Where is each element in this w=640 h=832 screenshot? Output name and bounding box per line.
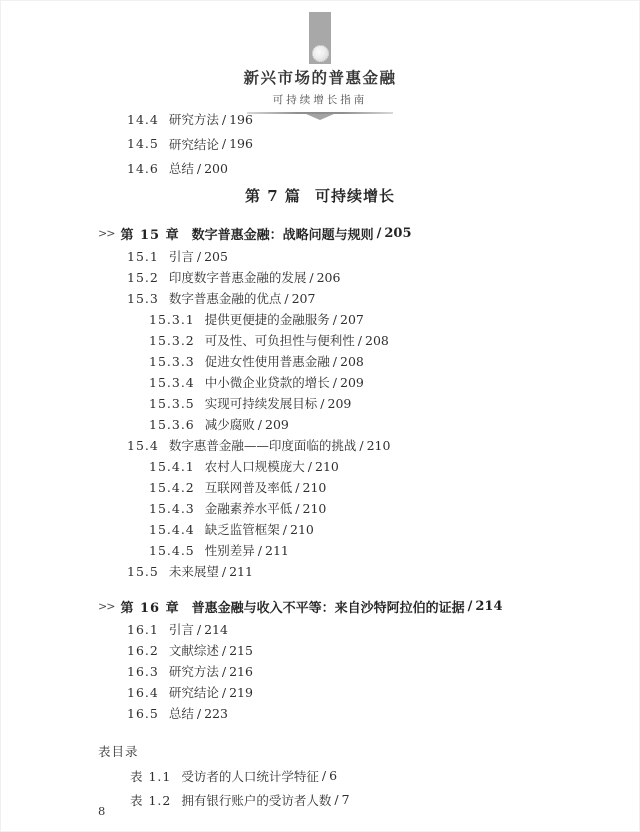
- entry-title: 总结: [169, 704, 194, 722]
- entry-title: 拥有银行账户的受访者人数: [181, 791, 331, 809]
- toc-entry: 15.1 引言 / 205: [1, 246, 639, 267]
- entry-page: 209: [265, 417, 289, 432]
- entry-separator: /: [222, 685, 226, 700]
- publisher-seal-icon: [312, 45, 329, 62]
- entry-page: 200: [204, 161, 228, 176]
- entry-page: 207: [292, 291, 316, 306]
- entry-title: 数字惠普金融——印度面临的挑战: [169, 436, 357, 454]
- entry-separator: /: [320, 396, 324, 411]
- entry-separator: /: [358, 333, 362, 348]
- book-title: 新兴市场的普惠金融: [1, 66, 639, 88]
- page-number: 8: [98, 804, 105, 818]
- entry-separator: /: [333, 354, 337, 369]
- table-of-contents: 14.4 研究方法 / 196 14.5 研究结论 / 196 14.6 总结 …: [1, 107, 639, 810]
- entry-page: 223: [204, 706, 228, 721]
- toc-chapter-entry: >> 第 16 章 普惠金融与收入不平等：来自沙特阿拉伯的证据 / 214: [1, 595, 639, 619]
- toc-entry: 15.3.1 提供更便捷的金融服务 / 207: [1, 309, 639, 330]
- entry-separator: /: [197, 249, 201, 264]
- toc-entry: 15.3 数字普惠金融的优点 / 207: [1, 288, 639, 309]
- entry-number: 16.1: [127, 622, 159, 637]
- table-list-item: 表 1.1 受访者的人口统计学特征 / 6: [1, 766, 639, 786]
- bookmark-ribbon-icon: [309, 12, 331, 64]
- entry-page: 210: [303, 501, 327, 516]
- entry-separator: /: [359, 438, 363, 453]
- entry-title: 未来展望: [169, 562, 219, 580]
- entry-title: 引言: [169, 620, 194, 638]
- toc-entry: 16.1 引言 / 214: [1, 619, 639, 640]
- entry-page: 215: [229, 643, 253, 658]
- toc-entry: 15.3.3 促进女性使用普惠金融 / 208: [1, 351, 639, 372]
- entry-number: 15.4: [127, 438, 159, 453]
- part-heading: 第 7 篇可持续增长: [1, 185, 639, 209]
- entry-page: 214: [475, 599, 502, 614]
- entry-page: 210: [315, 459, 339, 474]
- entry-page: 206: [317, 270, 341, 285]
- entry-title: 印度数字普惠金融的发展: [169, 268, 307, 286]
- toc-entry: 15.2 印度数字普惠金融的发展 / 206: [1, 267, 639, 288]
- book-subtitle: 可持续增长指南: [1, 92, 639, 107]
- entry-number: 15.3.3: [149, 354, 195, 369]
- entry-page: 196: [229, 136, 253, 151]
- entry-number: 15.4.4: [149, 522, 195, 537]
- entry-title: 互联网普及率低: [205, 478, 293, 496]
- toc-chapter-entry: >> 第 15 章 数字普惠金融：战略问题与规则 / 205: [1, 222, 639, 246]
- entry-title: 文献综述: [169, 641, 219, 659]
- entry-separator: /: [222, 643, 226, 658]
- toc-entry: 16.5 总结 / 223: [1, 703, 639, 724]
- entry-separator: /: [284, 291, 288, 306]
- entry-title: 研究结论: [169, 683, 219, 701]
- toc-entry: 16.2 文献综述 / 215: [1, 640, 639, 661]
- entry-page: 210: [290, 522, 314, 537]
- entry-title: 性别差异: [205, 541, 255, 559]
- entry-number: 16.4: [127, 685, 159, 700]
- entry-page: 205: [384, 226, 411, 241]
- toc-entry: 15.5 未来展望 / 211: [1, 561, 639, 582]
- toc-entry: 15.4.5 性别差异 / 211: [1, 540, 639, 561]
- entry-page: 210: [303, 480, 327, 495]
- entry-title: 研究结论: [169, 135, 219, 153]
- entry-page: 6: [329, 768, 337, 783]
- part-number: 第 7 篇: [245, 187, 301, 205]
- entry-title: 农村人口规模庞大: [205, 457, 305, 475]
- tables-list-heading: 表目录: [1, 740, 639, 762]
- entry-separator: /: [197, 161, 201, 176]
- entry-separator: /: [333, 375, 337, 390]
- toc-entry: 15.4.1 农村人口规模庞大 / 210: [1, 456, 639, 477]
- entry-separator: /: [222, 136, 226, 151]
- entry-page: 196: [229, 112, 253, 127]
- entry-separator: /: [295, 501, 299, 516]
- entry-number: 14.5: [127, 136, 159, 151]
- entry-separator: /: [222, 112, 226, 127]
- entry-number: 15.2: [127, 270, 159, 285]
- entry-page: 207: [340, 312, 364, 327]
- toc-entry: 16.3 研究方法 / 216: [1, 661, 639, 682]
- entry-separator: /: [197, 622, 201, 637]
- entry-separator: /: [309, 270, 313, 285]
- toc-entry: 15.4 数字惠普金融——印度面临的挑战 / 210: [1, 435, 639, 456]
- toc-entry: 14.6 总结 / 200: [1, 156, 639, 181]
- entry-separator: /: [283, 522, 287, 537]
- chevron-marker-icon: >>: [98, 227, 114, 240]
- entry-separator: /: [258, 417, 262, 432]
- entry-page: 7: [342, 792, 350, 807]
- entry-number: 15.3: [127, 291, 159, 306]
- entry-title: 促进女性使用普惠金融: [205, 352, 330, 370]
- entry-title: 缺乏监管框架: [205, 520, 280, 538]
- chapter-title: 普惠金融与收入不平等：来自沙特阿拉伯的证据: [192, 597, 465, 616]
- entry-number: 15.4.5: [149, 543, 195, 558]
- chapter-number: 第 16 章: [120, 597, 179, 616]
- entry-number: 14.6: [127, 161, 159, 176]
- entry-number: 15.4.3: [149, 501, 195, 516]
- entry-title: 数字普惠金融的优点: [169, 289, 282, 307]
- entry-number: 15.3.6: [149, 417, 195, 432]
- entry-number: 表 1.2: [130, 791, 171, 809]
- toc-entry: 15.3.5 实现可持续发展目标 / 209: [1, 393, 639, 414]
- entry-title: 中小微企业贷款的增长: [205, 373, 330, 391]
- entry-separator: /: [222, 664, 226, 679]
- book-page: 新兴市场的普惠金融 可持续增长指南 14.4 研究方法 / 196 14.5 研…: [0, 0, 640, 832]
- entry-number: 16.5: [127, 706, 159, 721]
- entry-separator: /: [334, 792, 338, 807]
- entry-title: 总结: [169, 159, 194, 177]
- entry-title: 受访者的人口统计学特征: [181, 767, 319, 785]
- part-title: 可持续增长: [315, 187, 395, 205]
- entry-separator: /: [333, 312, 337, 327]
- entry-page: 209: [328, 396, 352, 411]
- page-header: 新兴市场的普惠金融 可持续增长指南: [1, 1, 639, 114]
- entry-number: 16.2: [127, 643, 159, 658]
- entry-separator: /: [222, 564, 226, 579]
- entry-number: 15.3.2: [149, 333, 195, 348]
- entry-page: 210: [367, 438, 391, 453]
- entry-separator: /: [197, 706, 201, 721]
- entry-number: 15.3.4: [149, 375, 195, 390]
- toc-entry: 15.3.2 可及性、可负担性与便利性 / 208: [1, 330, 639, 351]
- entry-separator: /: [308, 459, 312, 474]
- entry-page: 214: [204, 622, 228, 637]
- entry-number: 15.4.2: [149, 480, 195, 495]
- table-list-item: 表 1.2 拥有银行账户的受访者人数 / 7: [1, 790, 639, 810]
- toc-entry: 15.4.3 金融素养水平低 / 210: [1, 498, 639, 519]
- entry-number: 15.4.1: [149, 459, 195, 474]
- entry-title: 金融素养水平低: [205, 499, 293, 517]
- entry-page: 216: [229, 664, 253, 679]
- entry-separator: /: [322, 768, 326, 783]
- entry-number: 表 1.1: [130, 767, 171, 785]
- entry-page: 219: [229, 685, 253, 700]
- entry-separator: /: [295, 480, 299, 495]
- entry-number: 15.3.5: [149, 396, 195, 411]
- entry-separator: /: [468, 599, 473, 614]
- entry-title: 引言: [169, 247, 194, 265]
- entry-title: 减少腐败: [205, 415, 255, 433]
- toc-entry: 15.4.4 缺乏监管框架 / 210: [1, 519, 639, 540]
- entry-page: 208: [340, 354, 364, 369]
- entry-title: 实现可持续发展目标: [205, 394, 318, 412]
- entry-number: 16.3: [127, 664, 159, 679]
- entry-page: 209: [340, 375, 364, 390]
- entry-page: 211: [229, 564, 253, 579]
- entry-title: 研究方法: [169, 110, 219, 128]
- toc-entry: 15.3.6 减少腐败 / 209: [1, 414, 639, 435]
- toc-entry: 15.4.2 互联网普及率低 / 210: [1, 477, 639, 498]
- entry-page: 208: [365, 333, 389, 348]
- entry-number: 15.1: [127, 249, 159, 264]
- chevron-marker-icon: >>: [98, 600, 114, 613]
- entry-separator: /: [258, 543, 262, 558]
- tables-heading-label: 表目录: [98, 742, 139, 760]
- chapter-title: 数字普惠金融：战略问题与规则: [192, 224, 374, 243]
- entry-number: 14.4: [127, 112, 159, 127]
- toc-entry: 14.5 研究结论 / 196: [1, 132, 639, 157]
- entry-number: 15.3.1: [149, 312, 195, 327]
- entry-page: 211: [265, 543, 289, 558]
- chapter-number: 第 15 章: [120, 224, 179, 243]
- entry-title: 提供更便捷的金融服务: [205, 310, 330, 328]
- toc-entry: 16.4 研究结论 / 219: [1, 682, 639, 703]
- entry-page: 205: [204, 249, 228, 264]
- toc-entry: 15.3.4 中小微企业贷款的增长 / 209: [1, 372, 639, 393]
- entry-title: 可及性、可负担性与便利性: [205, 331, 355, 349]
- toc-entry: 14.4 研究方法 / 196: [1, 107, 639, 132]
- entry-number: 15.5: [127, 564, 159, 579]
- entry-separator: /: [377, 226, 382, 241]
- entry-title: 研究方法: [169, 662, 219, 680]
